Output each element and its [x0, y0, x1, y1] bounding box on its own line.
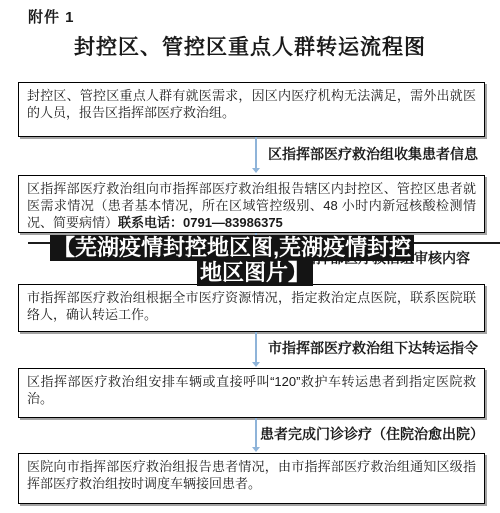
attachment-label: 附件 1 — [28, 6, 75, 27]
arrow-step-label-3: 市指挥部医疗救治组下达转运指令 — [268, 338, 478, 358]
page-title: 封控区、管控区重点人群转运流程图 — [0, 31, 500, 61]
flow-step-text: 市指挥部医疗救治组根据全市医疗资源情况，指定救治定点医院，联系医院联络人，确认转… — [27, 290, 476, 322]
flowchart-page: 附件 1 封控区、管控区重点人群转运流程图 封控区、管控区重点人群有就医需求，因… — [0, 0, 500, 513]
flow-step-text: 封控区、管控区重点人群有就医需求，因区内医疗机构无法满足，需外出就医的人员，报告… — [27, 88, 476, 120]
flow-step-box-1: 封控区、管控区重点人群有就医需求，因区内医疗机构无法满足，需外出就医的人员，报告… — [18, 82, 485, 137]
flow-step-box-2: 区指挥部医疗救治组向市指挥部医疗救治组报告辖区内封控区、管控区患者就医需求情况（… — [18, 175, 485, 233]
down-arrow-icon — [255, 418, 257, 447]
down-arrow-icon — [255, 332, 257, 362]
flow-step-box-3: 市指挥部医疗救治组根据全市医疗资源情况，指定救治定点医院，联系医院联络人，确认转… — [18, 284, 485, 332]
watermark-overlay-line1: 【芜湖疫情封控地区图,芜湖疫情封控 — [50, 235, 414, 261]
arrow-step-label-1: 区指挥部医疗救治组收集患者信息 — [268, 144, 478, 164]
arrow-step-label-4: 患者完成门诊诊疗（住院治愈出院） — [260, 424, 484, 444]
flow-step-box-4: 区指挥部医疗救治组安排车辆或直接呼叫“120”救护车转运患者到指定医院救治。 — [18, 368, 485, 418]
flow-step-text: 区指挥部医疗救治组安排车辆或直接呼叫“120”救护车转运患者到指定医院救治。 — [27, 374, 476, 406]
watermark-overlay-line2: 地区图片】 — [197, 260, 313, 286]
contact-phone: 联系电话：0791—83986375 — [118, 215, 283, 230]
flow-step-box-5: 医院向市指挥部医疗救治组报告患者情况，由市指挥部医疗救治组通知区级指挥部医疗救治… — [18, 453, 485, 504]
flow-step-text: 医院向市指挥部医疗救治组报告患者情况，由市指挥部医疗救治组通知区级指挥部医疗救治… — [27, 459, 476, 491]
down-arrow-icon — [255, 137, 257, 168]
